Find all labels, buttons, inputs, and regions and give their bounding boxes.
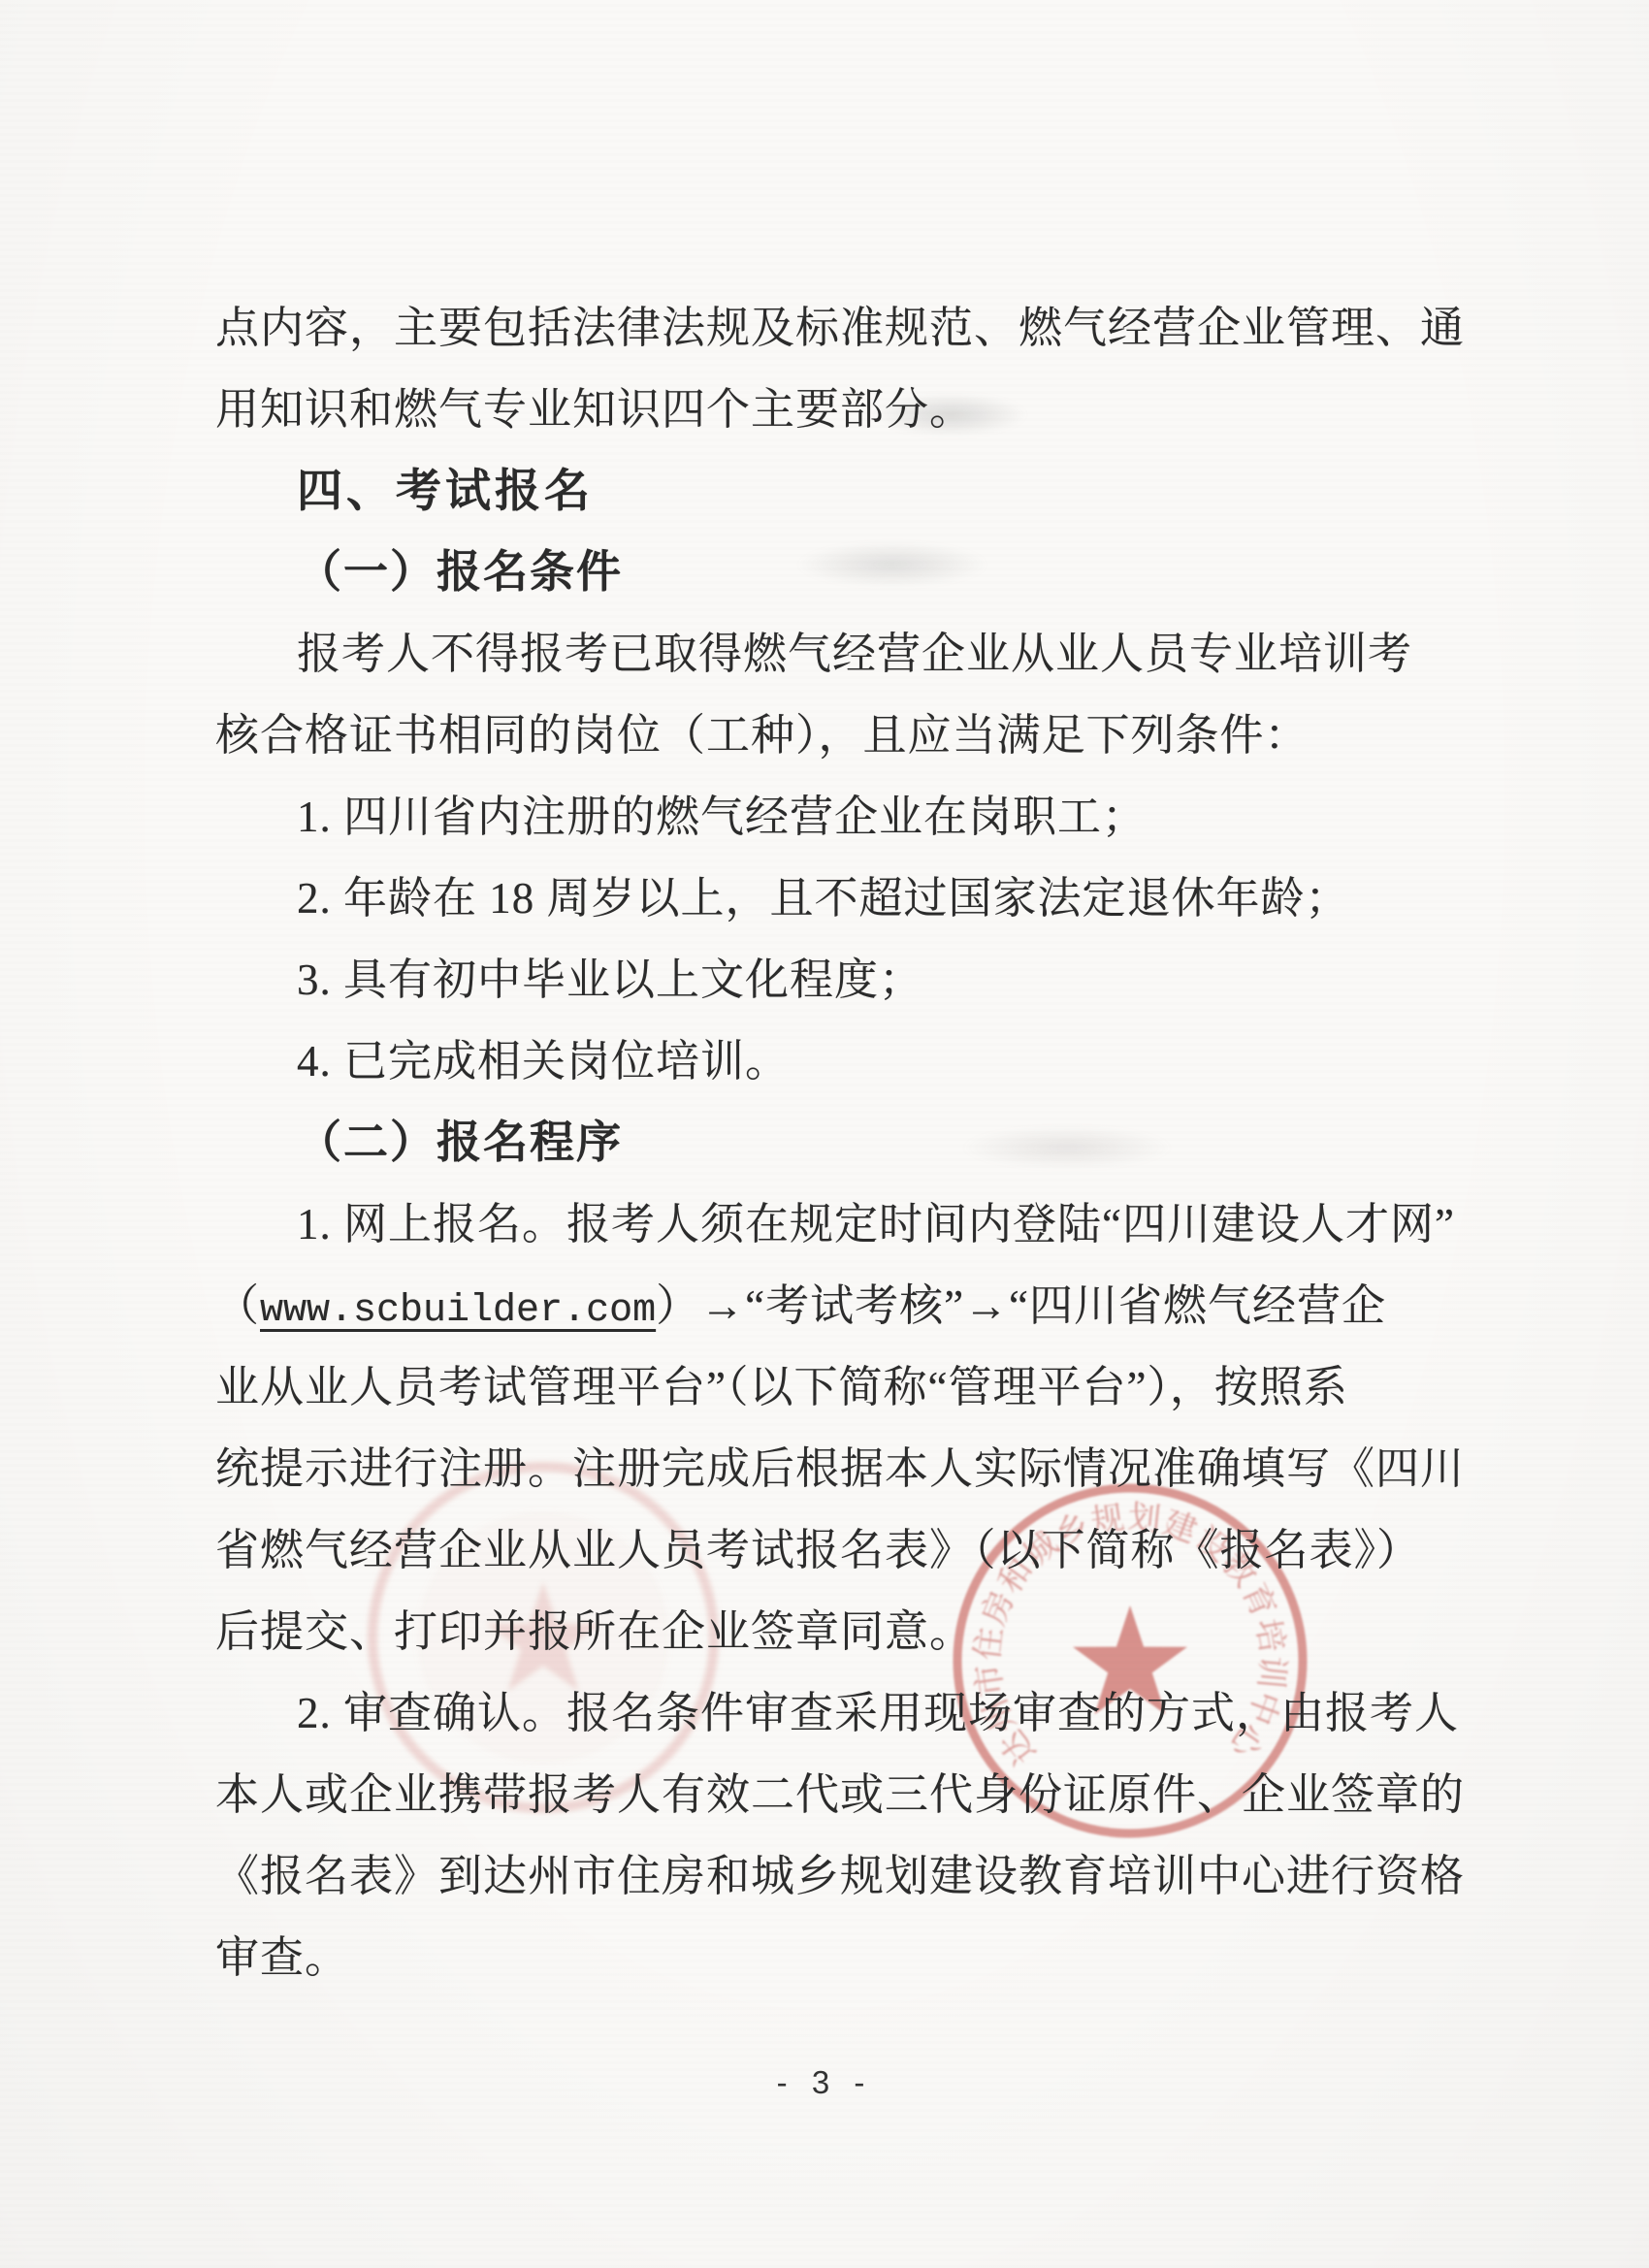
section-heading-exam-registration: 四、考试报名	[215, 450, 1467, 532]
step1-line-6: 后提交、打印并报所在企业签章同意。	[215, 1591, 1467, 1672]
condition-item-3: 3. 具有初中毕业以上文化程度；	[215, 939, 1467, 1021]
step1-line-1: 1. 网上报名。报考人须在规定时间内登陆“四川建设人才网”	[215, 1183, 1467, 1265]
scanned-document-page: 达州市住房和城乡规划建设教育培训中心 点内容，主要包括法律法规及标准规范、燃气经…	[0, 0, 1649, 2268]
step1-line-2: （www.scbuilder.com）→“考试考核”→“四川省燃气经营企	[215, 1265, 1467, 1346]
page-number: - 3 -	[0, 2064, 1649, 2101]
condition-item-2: 2. 年龄在 18 周岁以上，且不超过国家法定退休年龄；	[215, 858, 1467, 939]
subsection-heading-conditions: （一）报名条件	[215, 532, 1467, 613]
intro-line-1: 点内容，主要包括法律法规及标准规范、燃气经营企业管理、通	[215, 287, 1467, 369]
step1-line-5: 省燃气经营企业从业人员考试报名表》（以下简称《报名表》）	[215, 1509, 1467, 1591]
step2-line-2: 本人或企业携带报考人有效二代或三代身份证原件、企业签章的	[215, 1754, 1467, 1835]
step1-line-2-rest: ）→“考试考核”→“四川省燃气经营企	[656, 1281, 1386, 1330]
step2-line-1: 2. 审查确认。报名条件审查采用现场审查的方式，由报考人	[215, 1672, 1467, 1754]
conditions-para-line-2: 核合格证书相同的岗位（工种），且应当满足下列条件：	[215, 695, 1467, 776]
subsection-heading-procedure: （二）报名程序	[215, 1102, 1467, 1183]
step1-line-4: 统提示进行注册。注册完成后根据本人实际情况准确填写《四川	[215, 1428, 1467, 1509]
condition-item-4: 4. 已完成相关岗位培训。	[215, 1021, 1467, 1102]
intro-line-2: 用知识和燃气专业知识四个主要部分。	[215, 369, 1467, 450]
conditions-para-line-1: 报考人不得报考已取得燃气经营企业从业人员专业培训考	[215, 613, 1467, 695]
condition-item-1: 1. 四川省内注册的燃气经营企业在岗职工；	[215, 776, 1467, 858]
paren-open: （	[215, 1281, 260, 1330]
step2-line-3: 《报名表》到达州市住房和城乡规划建设教育培训中心进行资格	[215, 1835, 1467, 1917]
step2-line-4: 审查。	[215, 1917, 1467, 1998]
document-body: 点内容，主要包括法律法规及标准规范、燃气经营企业管理、通 用知识和燃气专业知识四…	[215, 287, 1467, 1998]
step1-line-3: 业从业人员考试管理平台”（以下简称“管理平台”），按照系	[215, 1346, 1467, 1428]
registration-website-url: www.scbuilder.com	[260, 1289, 656, 1333]
